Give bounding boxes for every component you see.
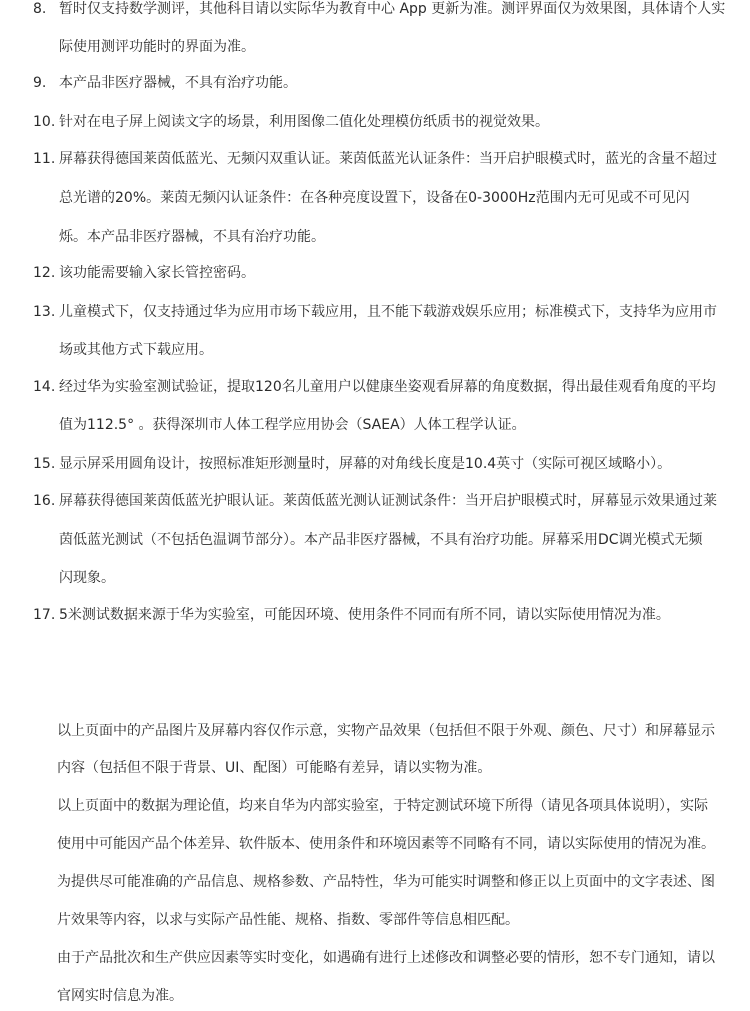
disclaimer-text: 内容（包括但不限于背景、UI、配图）可能略有差异，请以实物为准。 xyxy=(57,759,491,777)
footnote-number: 10. xyxy=(33,113,55,131)
disclaimer-text: 官网实时信息为准。 xyxy=(57,987,183,1005)
footnote-text: 场或其他方式下载应用。 xyxy=(59,341,213,359)
disclaimer-text: 片效果等内容，以求与实际产品性能、规格、指数、零部件等信息相匹配。 xyxy=(57,911,519,929)
footnote-text: 该功能需要输入家长管控密码。 xyxy=(59,264,255,282)
footnote-text: 本产品非医疗器械，不具有治疗功能。 xyxy=(59,74,297,92)
footnote-text: 烁。本产品非医疗器械，不具有治疗功能。 xyxy=(59,228,325,246)
disclaimer-text: 以上页面中的数据为理论值，均来自华为内部实验室，于特定测试环境下所得（请见各项具… xyxy=(57,797,708,815)
footnote-text: 总光谱的20%。莱茵无频闪认证条件：在各种亮度设置下，设备在0-3000Hz范围… xyxy=(59,189,690,207)
footnote-text: 屏幕获得德国莱茵低蓝光护眼认证。莱茵低蓝光测认证测试条件：当开启护眼模式时，屏幕… xyxy=(59,492,717,510)
footnote-number: 16. xyxy=(33,492,55,510)
footnote-text: 经过华为实验室测试验证，提取120名儿童用户以健康坐姿观看屏幕的角度数据，得出最… xyxy=(59,378,716,396)
footnote-text: 茵低蓝光测试（不包括色温调节部分）。本产品非医疗器械，不具有治疗功能。屏幕采用D… xyxy=(59,531,703,549)
disclaimer-text: 为提供尽可能准确的产品信息、规格参数、产品特性，华为可能实时调整和修正以上页面中… xyxy=(57,873,715,891)
footnote-text: 5米测试数据来源于华为实验室，可能因环境、使用条件不同而有所不同，请以实际使用情… xyxy=(59,606,670,624)
footnote-number: 11. xyxy=(33,150,55,168)
footnote-number: 17. xyxy=(33,606,55,624)
footnote-number: 8. xyxy=(33,0,46,18)
footnote-number: 14. xyxy=(33,378,55,396)
footnote-text: 儿童模式下，仅支持通过华为应用市场下载应用，且不能下载游戏娱乐应用；标准模式下，… xyxy=(59,303,717,321)
footnote-number: 9. xyxy=(33,74,46,92)
footnote-text: 闪现象。 xyxy=(59,569,115,587)
footnote-text: 值为112.5° 。获得深圳市人体工程学应用协会（SAEA）人体工程学认证。 xyxy=(59,416,526,434)
footnote-text: 屏幕获得德国莱茵低蓝光、无频闪双重认证。莱茵低蓝光认证条件：当开启护眼模式时，蓝… xyxy=(59,150,717,168)
disclaimer-text: 使用中可能因产品个体差异、软件版本、使用条件和环境因素等不同略有不同，请以实际使… xyxy=(57,835,715,853)
footnote-number: 12. xyxy=(33,264,55,282)
footnote-text: 针对在电子屏上阅读文字的场景，利用图像二值化处理模仿纸质书的视觉效果。 xyxy=(59,113,549,131)
footnote-text: 暂时仅支持数学测评，其他科目请以实际华为教育中心 App 更新为准。测评界面仅为… xyxy=(59,0,725,18)
footnote-text: 显示屏采用圆角设计，按照标准矩形测量时，屏幕的对角线长度是10.4英寸（实际可视… xyxy=(59,455,671,473)
footnote-number: 15. xyxy=(33,455,55,473)
disclaimer-text: 以上页面中的产品图片及屏幕内容仅作示意，实物产品效果（包括但不限于外观、颜色、尺… xyxy=(57,722,715,740)
disclaimer-text: 由于产品批次和生产供应因素等实时变化，如遇确有进行上述修改和调整必要的情形，恕不… xyxy=(57,949,715,967)
footnote-text: 际使用测评功能时的界面为准。 xyxy=(59,38,255,56)
footnote-number: 13. xyxy=(33,303,55,321)
